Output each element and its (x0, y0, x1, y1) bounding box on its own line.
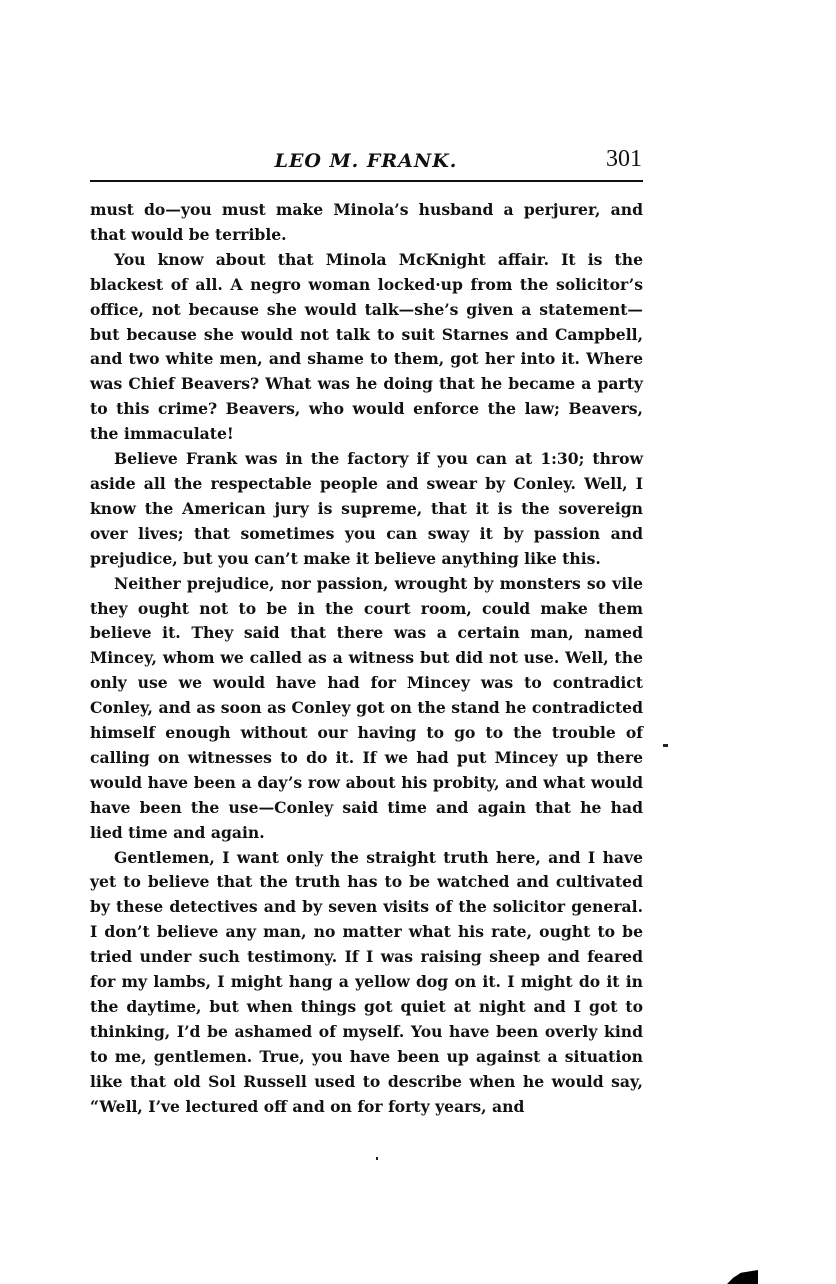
body-text: must do—you must make Minola’s husband a… (90, 198, 643, 1120)
scan-corner-artifact (727, 1270, 758, 1284)
paragraph-continued: must do—you must make Minola’s husband a… (90, 198, 643, 248)
scanned-book-page: LEO M. FRANK. 301 must do—you must make … (0, 0, 836, 1284)
paragraph: Gentlemen, I want only the straight trut… (90, 846, 643, 1120)
page-header: LEO M. FRANK. 301 (90, 146, 642, 180)
page-number: 301 (606, 146, 642, 173)
paragraph: You know about that Minola McKnight affa… (90, 248, 643, 447)
scan-artifact-dot (376, 1157, 378, 1160)
paragraph: Neither prejudice, nor passion, wrought … (90, 572, 643, 846)
scan-artifact-mark (663, 744, 668, 747)
paragraph: Believe Frank was in the factory if you … (90, 447, 643, 572)
running-title: LEO M. FRANK. (90, 150, 642, 172)
header-rule (90, 180, 643, 182)
